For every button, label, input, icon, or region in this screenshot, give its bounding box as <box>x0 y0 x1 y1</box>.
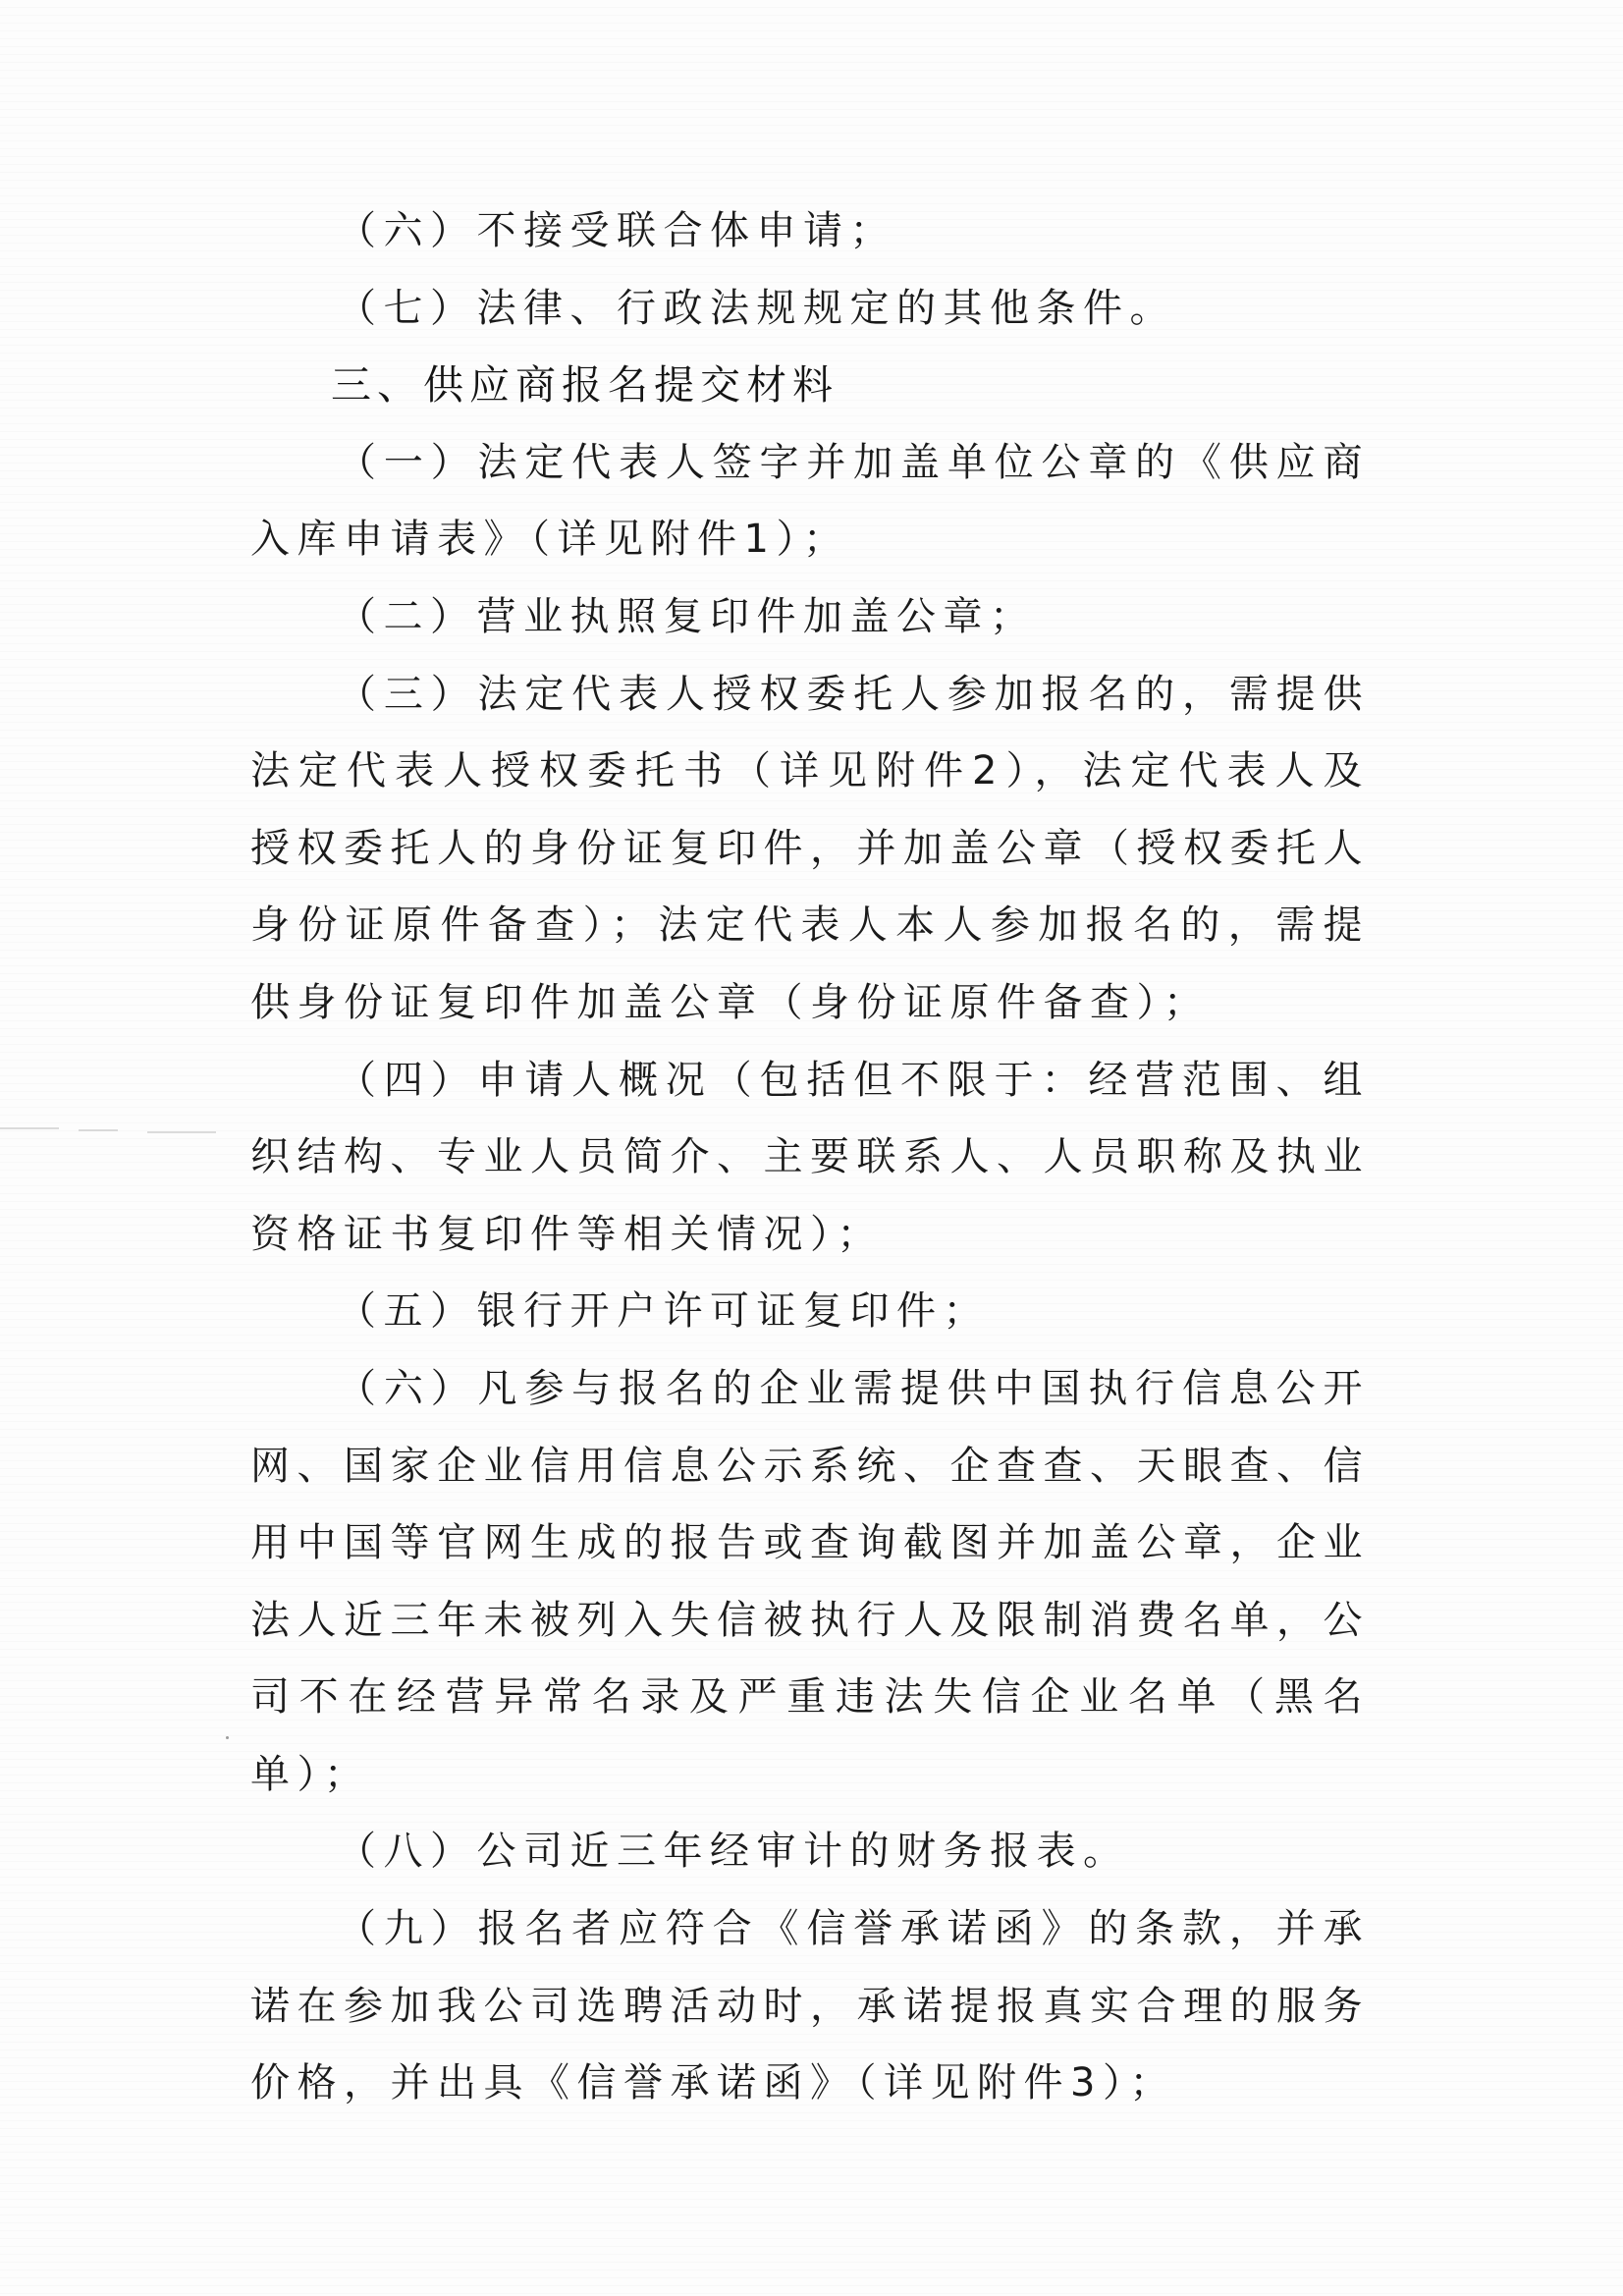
section-heading: 三、供应商报名提交材料 <box>250 347 1370 424</box>
document-body: （六）不接受联合体申请； （七）法律、行政法规规定的其他条件。 三、供应商报名提… <box>250 192 1370 2122</box>
material-item-2: （二）营业执照复印件加盖公章； <box>250 578 1370 656</box>
material-item-6: （六）凡参与报名的企业需提供中国执行信息公开网、国家企业信用信息公示系统、企查查… <box>250 1350 1370 1814</box>
scan-speck <box>226 1736 229 1739</box>
requirement-item-7: （七）法律、行政法规规定的其他条件。 <box>250 270 1370 348</box>
material-item-3: （三）法定代表人授权委托人参加报名的，需提供法定代表人授权委托书（详见附件2），… <box>250 656 1370 1042</box>
material-item-5: （五）银行开户许可证复印件； <box>250 1273 1370 1350</box>
scan-artifact <box>79 1129 118 1131</box>
document-page: （六）不接受联合体申请； （七）法律、行政法规规定的其他条件。 三、供应商报名提… <box>0 0 1623 2296</box>
scan-artifact <box>147 1131 216 1133</box>
material-item-9: （九）报名者应符合《信誉承诺函》的条款，并承诺在参加我公司选聘活动时，承诺提报真… <box>250 1890 1370 2122</box>
material-item-1: （一）法定代表人签字并加盖单位公章的《供应商入库申请表》（详见附件1）； <box>250 424 1370 578</box>
requirement-item-6: （六）不接受联合体申请； <box>250 192 1370 270</box>
material-item-8: （八）公司近三年经审计的财务报表。 <box>250 1813 1370 1890</box>
material-item-4: （四）申请人概况（包括但不限于：经营范围、组织结构、专业人员简介、主要联系人、人… <box>250 1042 1370 1274</box>
scan-artifact <box>0 1127 59 1129</box>
